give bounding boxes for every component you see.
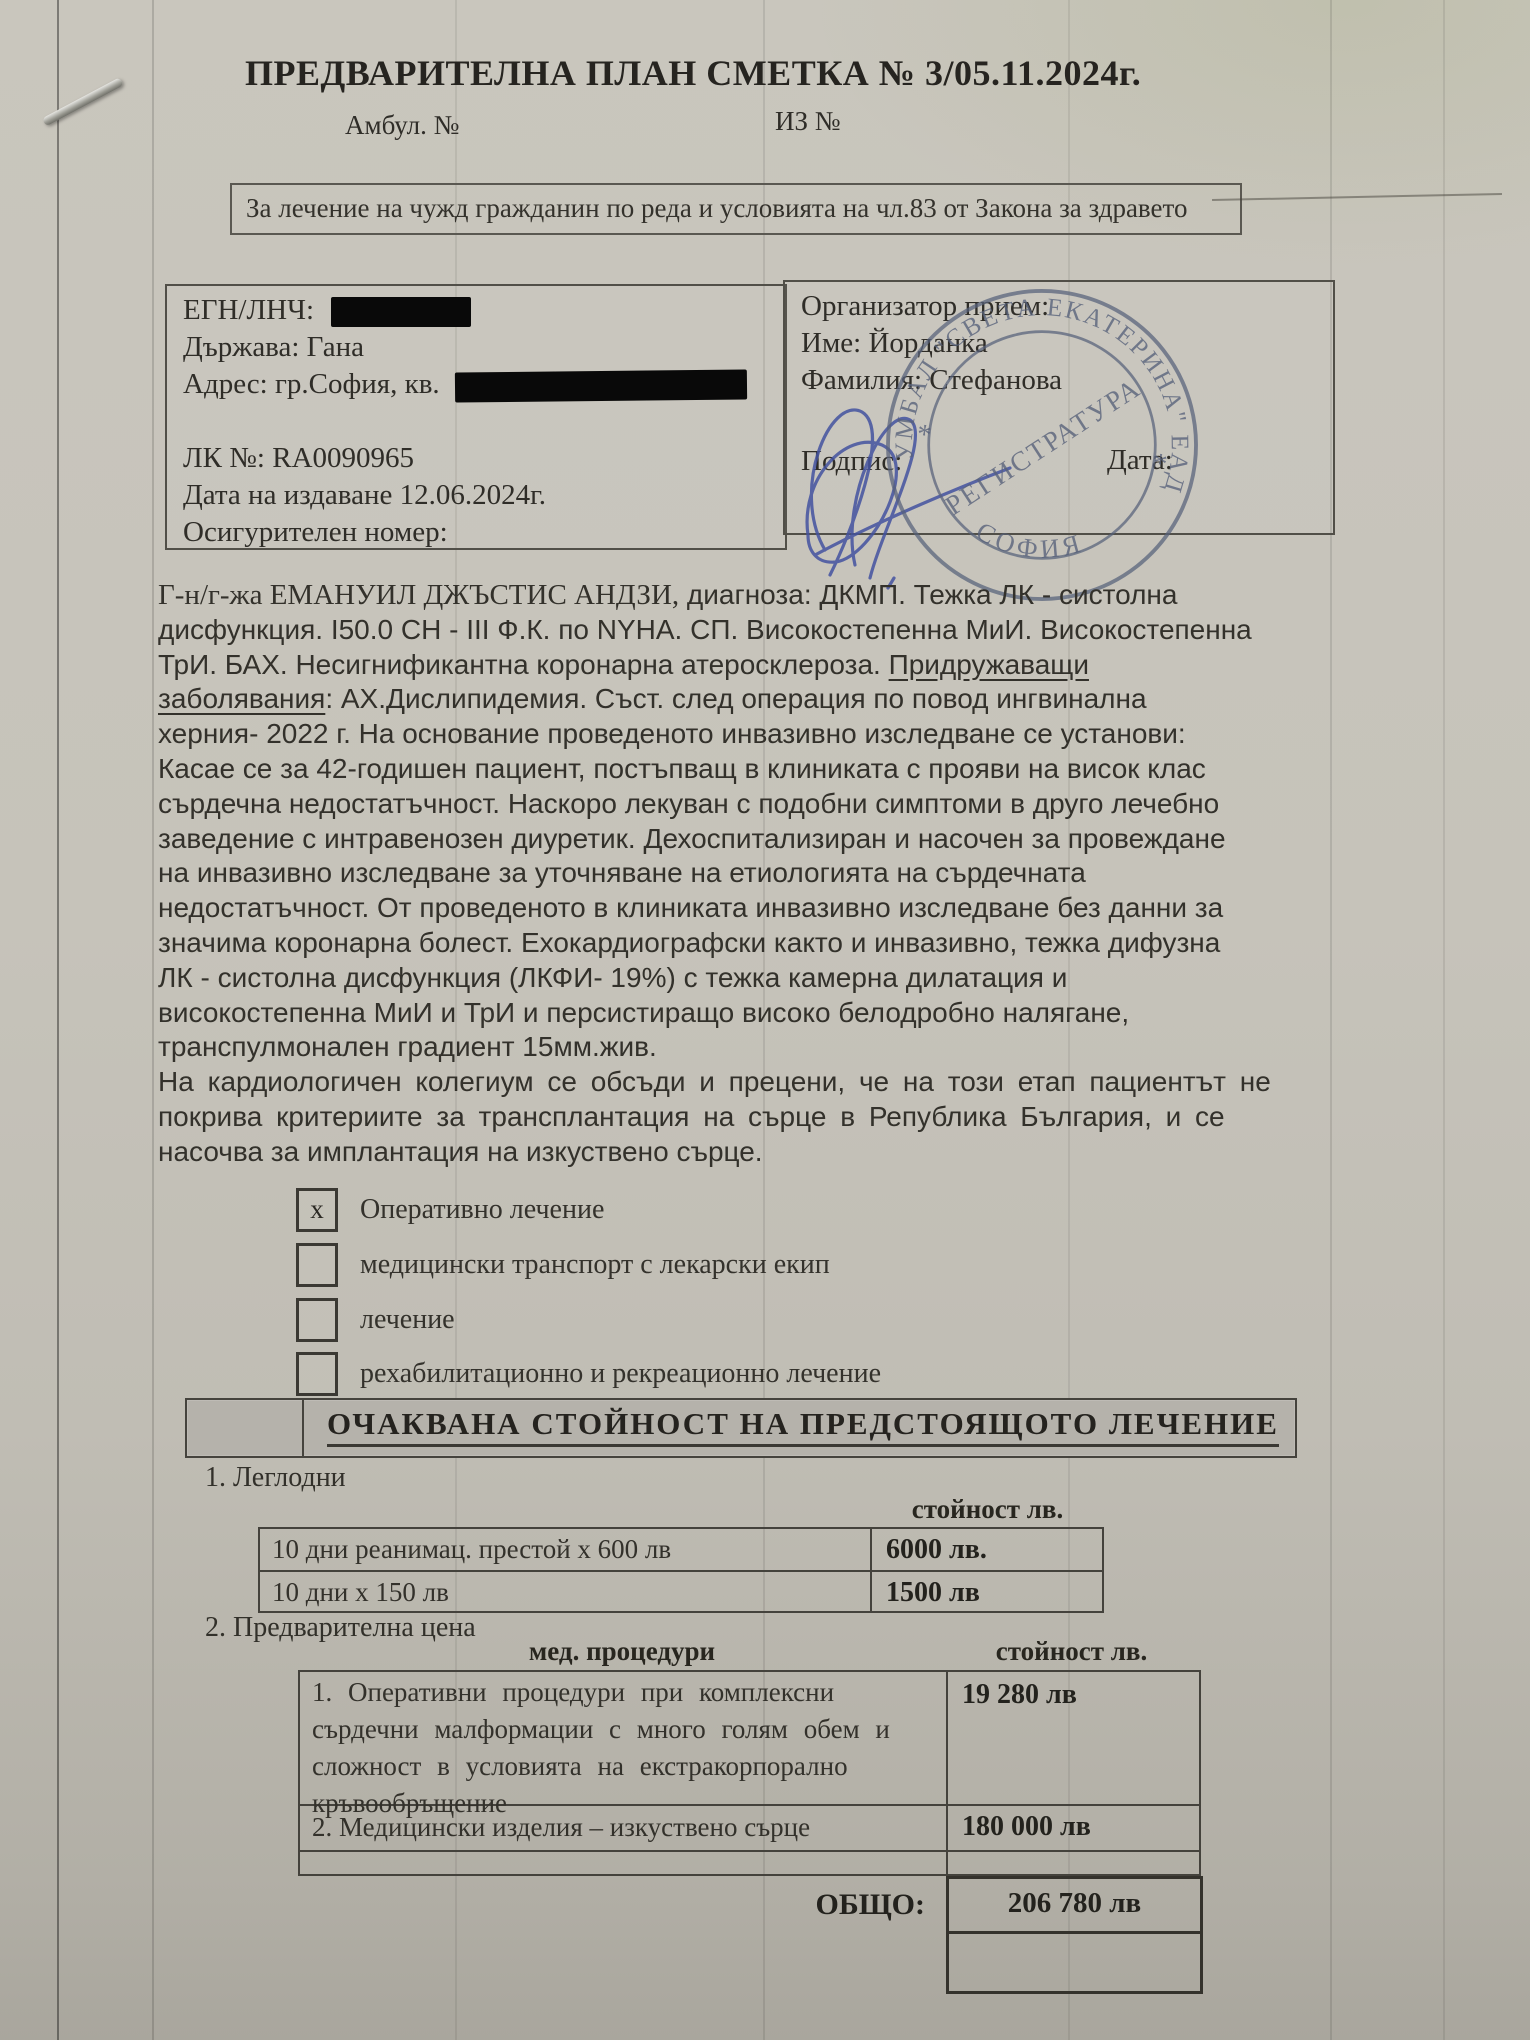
country-line: Държава: Гана [167, 329, 785, 366]
checkbox-treatment [296, 1298, 338, 1342]
checkbox-row-transport: медицински транспорт с лекарски екип [296, 1243, 830, 1287]
egn-label: ЕГН/ЛНЧ: [183, 294, 314, 326]
checkbox-operative: x [296, 1188, 338, 1232]
notice-box: За лечение на чужд гражданин по реда и у… [230, 183, 1242, 235]
scanned-document-page: ПРЕДВАРИТЕЛНА ПЛАН СМЕТКА № 3/05.11.2024… [0, 0, 1530, 2040]
clinical-text: : АХ.Дислипидемия. Съст. след операция п… [325, 683, 1146, 714]
row-desc: 10 дни реанимац. престой х 600 лв [260, 1531, 683, 1568]
bed-days-value-col-header: стойност лв. [880, 1494, 1095, 1525]
stamp-center-text: РЕГИСТРАТУРА [939, 372, 1146, 521]
price-value-col-header: стойност лв. [946, 1636, 1197, 1667]
checkbox-transport [296, 1243, 338, 1287]
clinical-line: заведение с интравенозен диуретик. Дехос… [158, 822, 1373, 857]
clinical-line: сърдечна недостатъчност. Наскоро лекуван… [158, 787, 1373, 822]
stray-scan-line [1212, 193, 1502, 201]
checkbox-label: Оперативно лечение [360, 1194, 604, 1225]
row-value: 6000 лв. [872, 1531, 1001, 1569]
section-bar-divider [302, 1400, 304, 1456]
proc-desc-line: сложност в условията на екстракорпорално [312, 1748, 890, 1785]
stamp-star-left: * [915, 419, 933, 452]
table-row: 2. Медицински изделия – изкуствено сърце… [300, 1806, 1199, 1852]
notice-text: За лечение на чужд гражданин по реда и у… [246, 193, 1187, 223]
svg-text:СОФИЯ: СОФИЯ [969, 514, 1090, 569]
underlined-text: Придружаващи [889, 649, 1089, 680]
clinical-line: покрива критериите за трансплантация на … [158, 1100, 1373, 1135]
clinical-line: Г-н/г-жа ЕМАНУИЛ ДЖЪСТИС АНДЗИ, диагноза… [158, 578, 1373, 613]
issue-date-line: Дата на издаване 12.06.2024г. [167, 477, 785, 514]
proc-desc-line: 1. Оперативни процедури при комплексни [312, 1674, 890, 1711]
clinical-line: На кардиологичен колегиум се обсъди и пр… [158, 1065, 1373, 1100]
column-divider [870, 1529, 872, 1611]
total-box-divider [949, 1931, 1200, 1934]
proc-desc-line: сърдечни малформации с много голям обем … [312, 1711, 890, 1748]
clinical-line: високостепенна МиИ и ТрИ и персистиращо … [158, 996, 1373, 1031]
address-line: Адрес: гр.София, кв. [167, 366, 785, 403]
lk-line: ЛК №: RA0090965 [167, 440, 785, 477]
proc-col-header: мед. процедури [298, 1636, 946, 1667]
total-label: ОБЩО: [620, 1888, 925, 1922]
column-divider [946, 1672, 948, 1874]
clinical-line: насочва за имплантация на изкуствено сър… [158, 1135, 1373, 1170]
table-row: 10 дни реанимац. престой х 600 лв 6000 л… [260, 1529, 1102, 1572]
clinical-line: значима коронарна болест. Ехокардиографс… [158, 926, 1373, 961]
stamp-city-text: СОФИЯ [969, 514, 1090, 569]
row-value: 1500 лв [872, 1574, 994, 1612]
redaction-bar [455, 370, 747, 403]
clinical-text-block: Г-н/г-жа ЕМАНУИЛ ДЖЪСТИС АНДЗИ, диагноза… [158, 578, 1373, 1170]
checkbox-row-rehab: рехабилитационно и рекреационно лечение [296, 1352, 881, 1396]
checkbox-label: медицински транспорт с лекарски екип [360, 1249, 830, 1280]
item-1-label: 1. Леглодни [205, 1462, 346, 1494]
redaction-bar [331, 297, 471, 327]
table-row: 1. Оперативни процедури при комплексни с… [300, 1672, 1199, 1806]
underlined-text: заболявания [158, 683, 325, 714]
address-label: Адрес: гр.София, кв. [183, 368, 440, 400]
clinical-line: недостатъчност. От проведеното в клиника… [158, 891, 1373, 926]
fold-line [152, 0, 154, 2040]
clinical-line: ТрИ. БАХ. Несигнификантна коронарна атер… [158, 648, 1373, 683]
fold-line [1443, 0, 1445, 2040]
clinical-text: ТрИ. БАХ. Несигнификантна коронарна атер… [158, 649, 889, 680]
row-desc: 2. Медицински изделия – изкуствено сърце [300, 1809, 822, 1846]
ambul-number-label: Амбул. № [345, 110, 459, 141]
checkbox-label: рехабилитационно и рекреационно лечение [360, 1358, 881, 1389]
total-box: 206 780 лв [946, 1876, 1203, 1994]
clinical-line: заболявания: АХ.Дислипидемия. Съст. след… [158, 682, 1373, 717]
empty-row [300, 1852, 1199, 1874]
clinical-line: дисфункция. I50.0 СН - III Ф.К. по NYHA.… [158, 613, 1373, 648]
clinical-line: транспулмонален градиент 15мм.жив. [158, 1030, 1373, 1065]
iz-number-label: ИЗ № [775, 106, 841, 137]
bed-days-table: 10 дни реанимац. престой х 600 лв 6000 л… [258, 1527, 1104, 1613]
diagnosis-start: диагноза: ДКМП. Тежка ЛК - систолна [679, 579, 1177, 610]
hospital-stamp: УМБАЛ "СВЕТА ЕКАТЕРИНА" ЕАД СОФИЯ РЕГИСТ… [858, 261, 1226, 629]
section-title: ОЧАКВАНА СТОЙНОСТ НА ПРЕДСТОЯЩОТО ЛЕЧЕНИ… [327, 1406, 1279, 1447]
insurance-line: Осигурителен номер: [167, 514, 785, 551]
egn-line: ЕГН/ЛНЧ: [167, 292, 785, 329]
checkbox-row-treatment: лечение [296, 1298, 455, 1342]
staple [42, 77, 124, 126]
clinical-line: ЛК - систолна дисфункция (ЛКФИ- 19%) с т… [158, 961, 1373, 996]
clinical-line: херния- 2022 г. На основание проведеното… [158, 717, 1373, 752]
total-value: 206 780 лв [949, 1887, 1200, 1920]
table-row: 10 дни х 150 лв 1500 лв [260, 1572, 1102, 1611]
section-header-bar: ОЧАКВАНА СТОЙНОСТ НА ПРЕДСТОЯЩОТО ЛЕЧЕНИ… [185, 1398, 1297, 1458]
row-value: 19 280 лв [948, 1676, 1091, 1714]
row-value: 180 000 лв [948, 1808, 1105, 1846]
row-desc: 10 дни х 150 лв [260, 1574, 461, 1611]
checkbox-rehab [296, 1352, 338, 1396]
document-title: ПРЕДВАРИТЕЛНА ПЛАН СМЕТКА № 3/05.11.2024… [245, 52, 1141, 94]
checkbox-label: лечение [360, 1304, 455, 1335]
clinical-line: Касае се за 42-годишен пациент, постъпва… [158, 752, 1373, 787]
patient-name: Г-н/г-жа ЕМАНУИЛ ДЖЪСТИС АНДЗИ, [158, 579, 679, 611]
clinical-line: на инвазивно изследване за уточняване на… [158, 856, 1373, 891]
patient-info-box: ЕГН/ЛНЧ: Държава: Гана Адрес: гр.София, … [165, 284, 787, 550]
procedures-table: 1. Оперативни процедури при комплексни с… [298, 1670, 1201, 1876]
fold-line [57, 0, 59, 2040]
checkbox-row-operative: x Оперативно лечение [296, 1188, 604, 1232]
